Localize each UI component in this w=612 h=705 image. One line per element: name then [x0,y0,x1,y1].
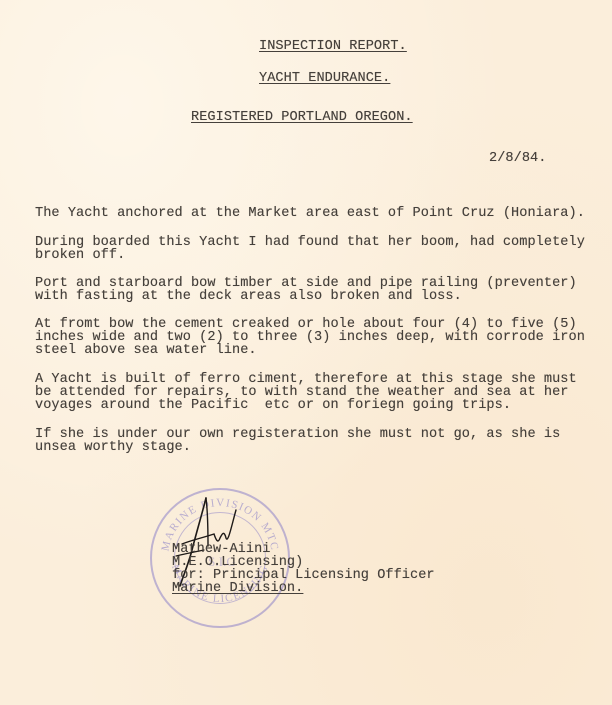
paragraph-2-line-2: broken off. [35,249,125,262]
paragraph-6-line-2: unsea worthy stage. [35,441,191,454]
registration-line: REGISTERED PORTLAND OREGON. [191,111,413,124]
yacht-name: YACHT ENDURANCE. [259,72,390,85]
paragraph-4-line-3: steel above sea water line. [35,344,257,357]
signatory-division: Marine Division. [172,582,303,595]
document-page: INSPECTION REPORT. YACHT ENDURANCE. REGI… [0,0,612,705]
report-date: 2/8/84. [489,152,546,165]
paragraph-3-line-2: with fasting at the deck areas also brok… [35,290,462,303]
report-title: INSPECTION REPORT. [259,40,407,53]
paragraph-5-line-3: voyages around the Pacific etc or on for… [35,399,511,412]
paragraph-1-line-1: The Yacht anchored at the Market area ea… [35,207,585,220]
